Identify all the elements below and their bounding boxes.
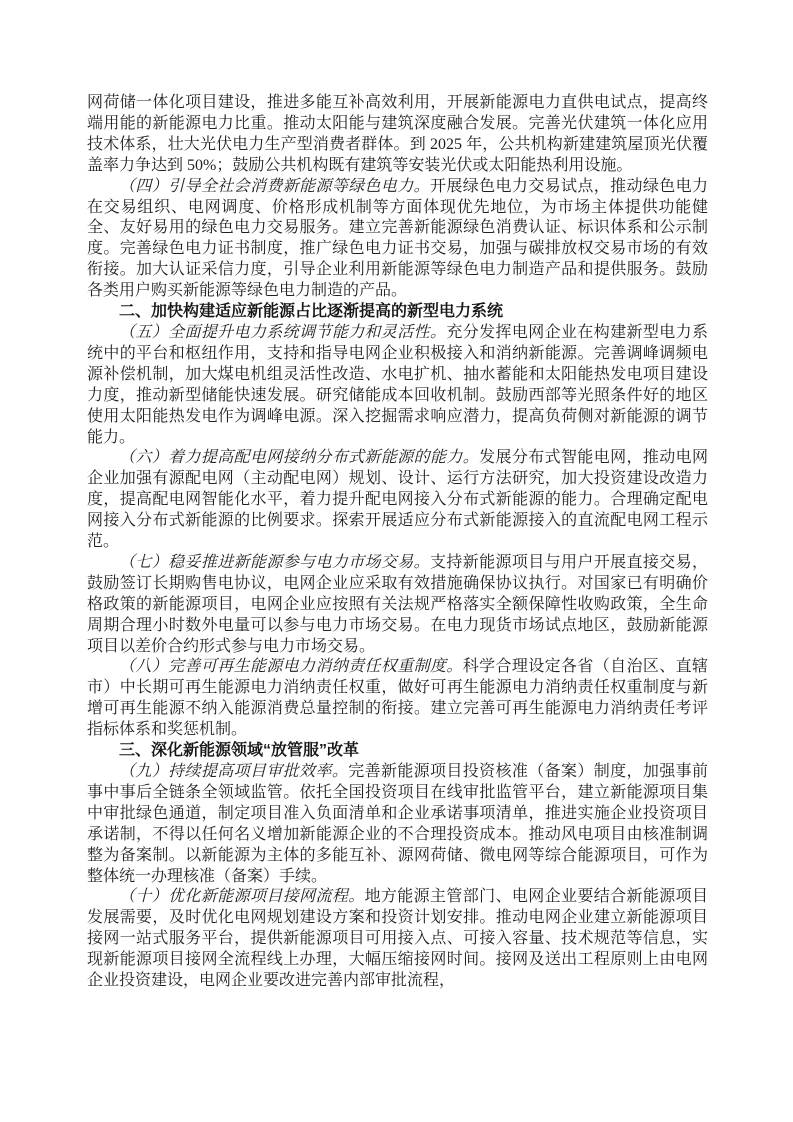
document-page: 网荷储一体化项目建设，推进多能互补高效利用，开展新能源电力直供电试点，提高终端用… — [0, 0, 793, 1122]
policy-item-4-lead: （四）引导全社会消费新能源等绿色电力。 — [119, 178, 430, 195]
policy-item-9-lead: （九）持续提高项目审批效率。 — [119, 763, 348, 780]
policy-item-6: （六）着力提高配电网接纳分布式新能源的能力。发展分布式智能电网，推动电网企业加强… — [87, 448, 708, 553]
policy-item-5-lead: （五）全面提升电力系统调节能力和灵活性。 — [119, 324, 446, 341]
policy-item-6-lead: （六）着力提高配电网接纳分布式新能源的能力。 — [119, 449, 479, 466]
policy-item-5-text: 充分发挥电网企业在构建新型电力系统中的平台和枢纽作用，支持和指导电网企业积极接入… — [87, 324, 708, 446]
document-content: 网荷储一体化项目建设，推进多能互补高效利用，开展新能源电力直供电试点，提高终端用… — [87, 93, 708, 992]
policy-item-10: （十）优化新能源项目接网流程。地方能源主管部门、电网企业要结合新能源项目发展需要… — [87, 887, 708, 992]
section-heading-3: 三、深化新能源领域“放管服”改革 — [87, 741, 708, 762]
policy-item-9-text: 完善新能源项目投资核准（备案）制度，加强事前事中事后全链条全领域监管。依托全国投… — [87, 763, 708, 885]
policy-item-4-text: 开展绿色电力交易试点，推动绿色电力在交易组织、电网调度、价格形成机制等方面体现优… — [87, 178, 708, 300]
policy-item-8: （八）完善可再生能源电力消纳责任权重制度。科学合理设定各省（自治区、直辖市）中长… — [87, 657, 708, 741]
policy-item-8-lead: （八）完善可再生能源电力消纳责任权重制度。 — [119, 658, 463, 675]
policy-item-7: （七）稳妥推进新能源参与电力市场交易。支持新能源项目与用户开展直接交易，鼓励签订… — [87, 553, 708, 658]
policy-item-10-lead: （十）优化新能源项目接网流程。 — [119, 888, 365, 905]
policy-item-4: （四）引导全社会消费新能源等绿色电力。开展绿色电力交易试点，推动绿色电力在交易组… — [87, 177, 708, 302]
paragraph-continuation: 网荷储一体化项目建设，推进多能互补高效利用，开展新能源电力直供电试点，提高终端用… — [87, 93, 708, 177]
section-heading-2: 二、加快构建适应新能源占比逐渐提高的新型电力系统 — [87, 302, 708, 323]
policy-item-5: （五）全面提升电力系统调节能力和灵活性。充分发挥电网企业在构建新型电力系统中的平… — [87, 323, 708, 448]
policy-item-7-lead: （七）稳妥推进新能源参与电力市场交易。 — [119, 554, 430, 571]
policy-item-9: （九）持续提高项目审批效率。完善新能源项目投资核准（备案）制度，加强事前事中事后… — [87, 762, 708, 887]
